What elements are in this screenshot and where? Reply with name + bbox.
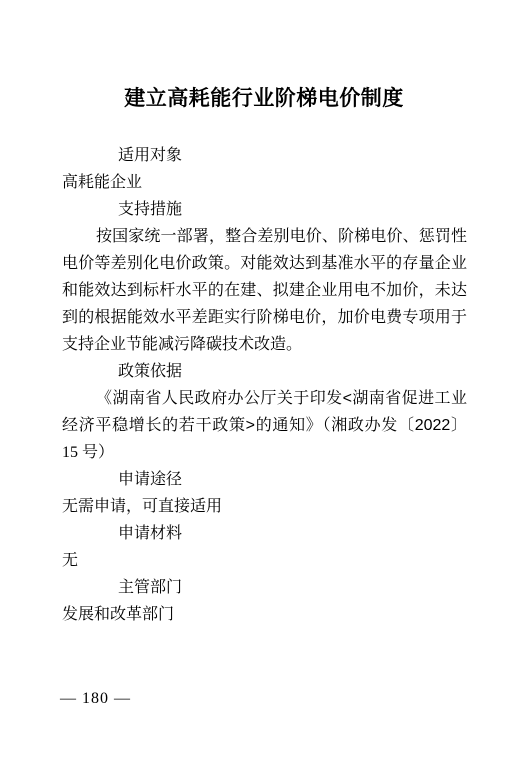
- section-label-application-channel: 申请途径: [62, 466, 467, 493]
- body-line: 发展和改革部门: [62, 601, 467, 628]
- paragraph-line: 支持企业节能减污降碳技术改造。: [62, 331, 467, 358]
- paragraph-line: 电价等差别化电价政策。对能效达到基准水平的存量企业: [62, 250, 467, 277]
- body-line: 无需申请，可直接适用: [62, 493, 467, 520]
- paragraph-line: 《湖南省人民政府办公厅关于印发<湖南省促进工业: [62, 385, 467, 412]
- section-label-policy-basis: 政策依据: [62, 358, 467, 385]
- document-body: 适用对象 高耗能企业 支持措施 按国家统一部署，整合差别电价、阶梯电价、惩罚性 …: [62, 142, 467, 628]
- section-label-application-materials: 申请材料: [62, 520, 467, 547]
- paragraph-line: 经济平稳增长的若干政策>的通知》（湘政办发〔2022〕: [62, 412, 467, 439]
- section-label-competent-department: 主管部门: [62, 574, 467, 601]
- body-line: 无: [62, 547, 467, 574]
- body-line: 高耗能企业: [62, 169, 467, 196]
- section-label-support-measures: 支持措施: [62, 196, 467, 223]
- paragraph-line: 15 号）: [62, 439, 467, 466]
- paragraph-line: 按国家统一部署，整合差别电价、阶梯电价、惩罚性: [62, 223, 467, 250]
- page-number: — 180 —: [60, 690, 131, 708]
- document-page: 建立高耗能行业阶梯电价制度 适用对象 高耗能企业 支持措施 按国家统一部署，整合…: [0, 0, 528, 767]
- page-title: 建立高耗能行业阶梯电价制度: [0, 84, 528, 114]
- section-label-applicable-targets: 适用对象: [62, 142, 467, 169]
- paragraph-line: 到的根据能效水平差距实行阶梯电价，加价电费专项用于: [62, 304, 467, 331]
- paragraph-line: 和能效达到标杆水平的在建、拟建企业用电不加价，未达: [62, 277, 467, 304]
